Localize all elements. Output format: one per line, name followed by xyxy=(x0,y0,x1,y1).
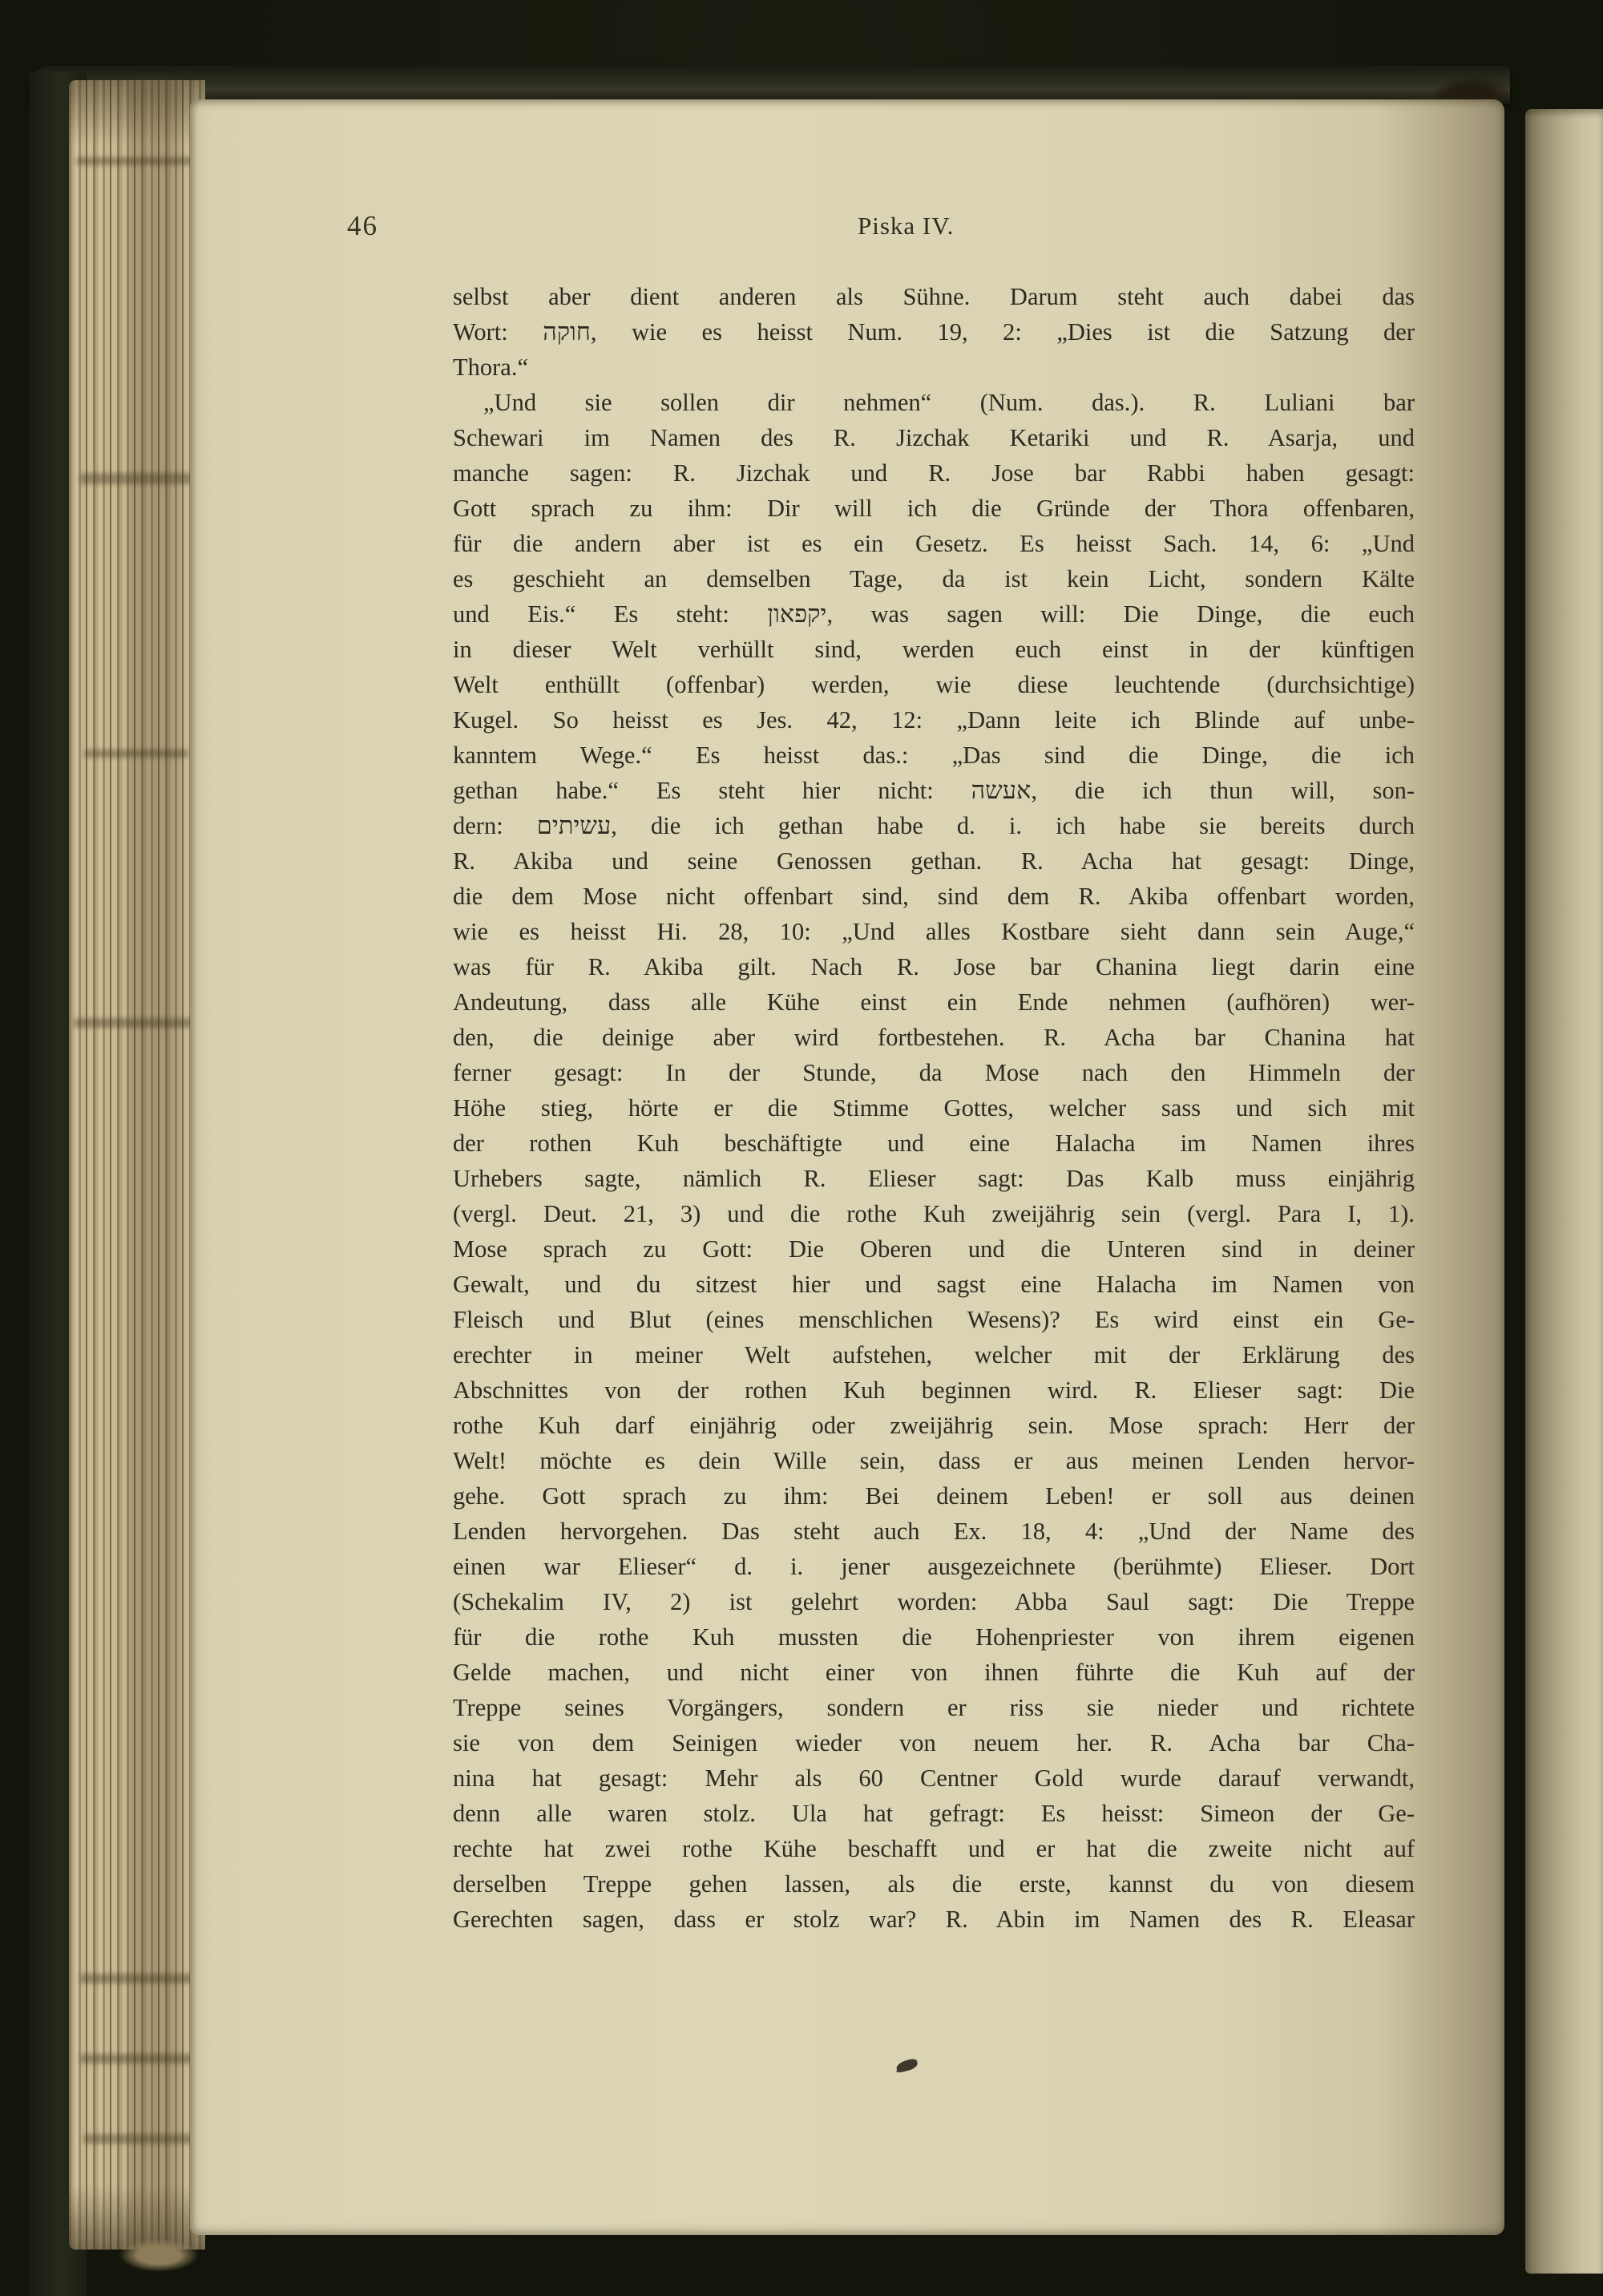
page-number: 46 xyxy=(347,210,378,242)
text-line: „Und sie sollen dir nehmen“ (Num. das.).… xyxy=(453,385,1415,420)
text-line: Kugel. So heisst es Jes. 42, 12: „Dann l… xyxy=(453,702,1415,738)
text-line: Urhebers sagte, nämlich R. Elieser sagt:… xyxy=(453,1161,1415,1196)
book-cover-top-edge xyxy=(29,66,1510,104)
page-edge-smudge xyxy=(80,473,192,484)
bottom-corner-fray xyxy=(119,2238,199,2272)
text-line: Gerechten sagen, dass er stolz war? R. A… xyxy=(453,1902,1415,1937)
text-line: derselben Treppe gehen lassen, als die e… xyxy=(453,1866,1415,1902)
text-line: Mose sprach zu Gott: Die Oberen und die … xyxy=(453,1231,1415,1267)
text-line: in dieser Welt verhüllt sind, werden euc… xyxy=(453,632,1415,667)
page-edge-smudge xyxy=(80,1974,200,1983)
text-line: Welt! möchte es dein Wille sein, dass er… xyxy=(453,1443,1415,1478)
text-line: rothe Kuh darf einjährig oder zweijährig… xyxy=(453,1408,1415,1443)
text-line: Welt enthüllt (offenbar) werden, wie die… xyxy=(453,667,1415,702)
text-line: einen war Elieser“ d. i. jener ausgezeic… xyxy=(453,1549,1415,1584)
book-page: 46 Piska IV. selbst aber dient anderen a… xyxy=(190,99,1504,2235)
text-line: rechte hat zwei rothe Kühe beschafft und… xyxy=(453,1831,1415,1866)
text-line: den, die deinige aber wird fortbestehen.… xyxy=(453,1020,1415,1055)
text-line: der rothen Kuh beschäftigte und eine Hal… xyxy=(453,1126,1415,1161)
text-line: selbst aber dient anderen als Sühne. Dar… xyxy=(453,279,1415,314)
text-line: gethan habe.“ Es steht hier nicht: אעשה,… xyxy=(453,773,1415,808)
text-line: nina hat gesagt: Mehr als 60 Centner Gol… xyxy=(453,1760,1415,1796)
next-page-sliver xyxy=(1525,109,1603,2274)
text-line: denn alle waren stolz. Ula hat gefragt: … xyxy=(453,1796,1415,1831)
text-line: Höhe stieg, hörte er die Stimme Gottes, … xyxy=(453,1090,1415,1126)
page-edge-smudge xyxy=(83,2134,196,2144)
running-head: Piska IV. xyxy=(858,212,954,241)
text-line: (vergl. Deut. 21, 3) und die rothe Kuh z… xyxy=(453,1196,1415,1231)
ink-blot xyxy=(895,2058,919,2073)
text-line: Andeutung, dass alle Kühe einst ein Ende… xyxy=(453,984,1415,1020)
text-line: und Eis.“ Es steht: יקפאון, was sagen wi… xyxy=(453,596,1415,632)
text-line: die dem Mose nicht offenbart sind, sind … xyxy=(453,879,1415,914)
text-line: für die andern aber ist es ein Gesetz. E… xyxy=(453,526,1415,561)
page-text: selbst aber dient anderen als Sühne. Dar… xyxy=(453,279,1415,1937)
text-line: was für R. Akiba gilt. Nach R. Jose bar … xyxy=(453,949,1415,984)
page-edge-smudge xyxy=(84,750,188,758)
text-line: Lenden hervorgehen. Das steht auch Ex. 1… xyxy=(453,1514,1415,1549)
text-line: Gott sprach zu ihm: Dir will ich die Grü… xyxy=(453,491,1415,526)
page-edge-smudge xyxy=(74,1018,194,1028)
text-line: Gelde machen, und nicht einer von ihnen … xyxy=(453,1655,1415,1690)
text-line: für die rothe Kuh mussten die Hohenpries… xyxy=(453,1619,1415,1655)
text-line: ferner gesagt: In der Stunde, da Mose na… xyxy=(453,1055,1415,1090)
text-line: Fleisch und Blut (eines menschlichen Wes… xyxy=(453,1302,1415,1337)
text-line: Thora.“ xyxy=(453,350,1415,385)
page-edge-smudge xyxy=(76,157,196,165)
book-photo: 46 Piska IV. selbst aber dient anderen a… xyxy=(0,0,1603,2296)
page-edges-shadow xyxy=(128,80,180,2250)
text-line: R. Akiba und seine Genossen gethan. R. A… xyxy=(453,843,1415,879)
text-line: Schewari im Namen des R. Jizchak Ketarik… xyxy=(453,420,1415,455)
text-line: dern: עשיתים, die ich gethan habe d. i. … xyxy=(453,808,1415,843)
text-line: Wort: חוקה, wie es heisst Num. 19, 2: „D… xyxy=(453,314,1415,350)
text-line: erechter in meiner Welt aufstehen, welch… xyxy=(453,1337,1415,1372)
text-line: es geschieht an demselben Tage, da ist k… xyxy=(453,561,1415,596)
text-line: kanntem Wege.“ Es heisst das.: „Das sind… xyxy=(453,738,1415,773)
page-edge-smudge xyxy=(80,2054,200,2064)
text-line: manche sagen: R. Jizchak und R. Jose bar… xyxy=(453,455,1415,491)
text-line: Gewalt, und du sitzest hier und sagst ei… xyxy=(453,1267,1415,1302)
text-line: (Schekalim IV, 2) ist gelehrt worden: Ab… xyxy=(453,1584,1415,1619)
text-line: sie von dem Seinigen wieder von neuem he… xyxy=(453,1725,1415,1760)
text-line: wie es heisst Hi. 28, 10: „Und alles Kos… xyxy=(453,914,1415,949)
text-line: Treppe seines Vorgängers, sondern er ris… xyxy=(453,1690,1415,1725)
text-line: gehe. Gott sprach zu ihm: Bei deinem Leb… xyxy=(453,1478,1415,1514)
text-line: Abschnittes von der rothen Kuh beginnen … xyxy=(453,1372,1415,1408)
